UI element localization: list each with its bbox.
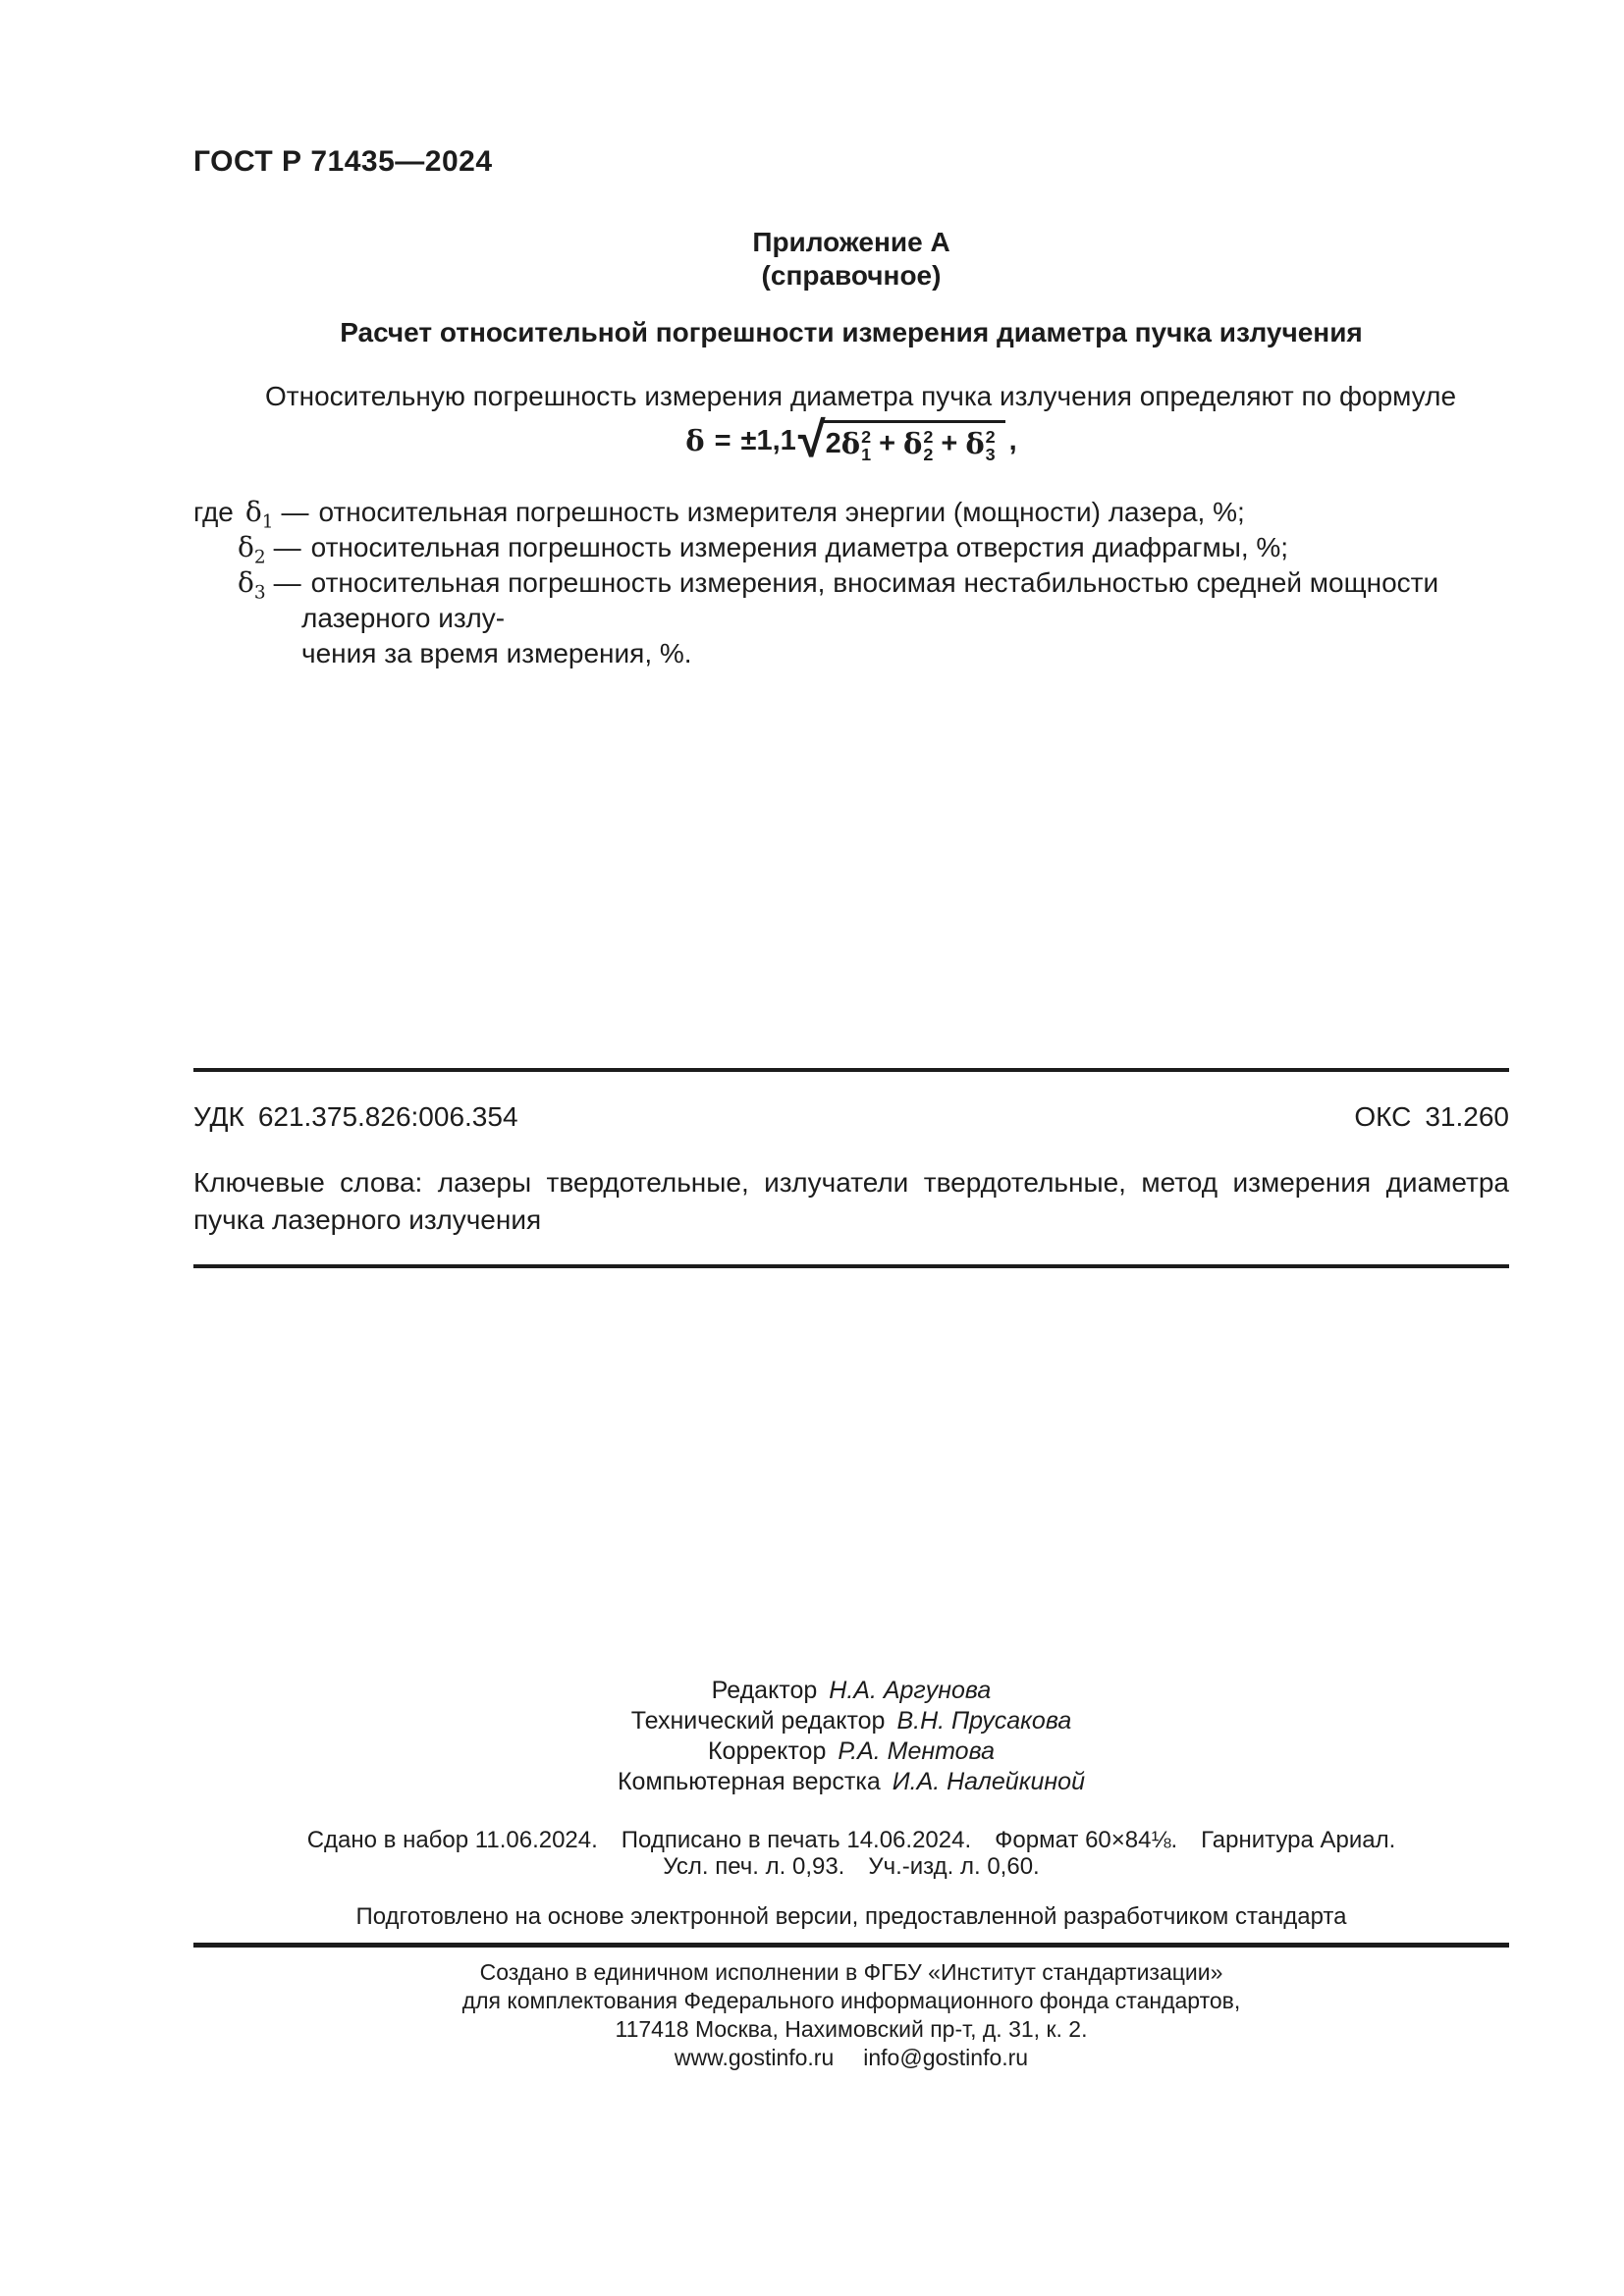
credit-name: Н.А. Аргунова — [829, 1677, 991, 1704]
website-text: www.gostinfo.ru — [675, 2044, 834, 2072]
delta-symbol: δ — [903, 427, 922, 460]
keywords-paragraph: Ключевые слова: лазеры твердотельные, из… — [193, 1164, 1509, 1239]
appendix-heading: Приложение А (справочное) — [193, 226, 1509, 293]
document-page: ГОСТ Р 71435—2024 Приложение А (справочн… — [0, 0, 1624, 2296]
email-text: info@gostinfo.ru — [863, 2044, 1028, 2072]
udk-value: 621.375.826:006.354 — [258, 1101, 518, 1132]
formula-coef: ±1,1 — [741, 425, 796, 457]
classification-codes: УДК621.375.826:006.354 ОКС31.260 — [193, 1101, 1509, 1133]
plus-operator: + — [879, 428, 895, 460]
definition-row: гдеδ1—относительная погрешность измерите… — [193, 495, 1509, 530]
footer-line: 117418 Москва, Нахимовский пр-т, д. 31, … — [193, 2015, 1509, 2044]
credit-row: Технический редакторВ.Н. Прусакова — [193, 1706, 1509, 1736]
delta-symbol: δ1 — [245, 496, 274, 528]
definition-text: относительная погрешность измерения, вно… — [301, 567, 1438, 633]
equals-sign: = — [715, 425, 731, 457]
horizontal-rule — [193, 1264, 1509, 1268]
em-dash: — — [274, 532, 301, 562]
supsub: 23 — [986, 428, 996, 464]
superscript: 2 — [923, 428, 933, 446]
formula-inner: δ = ±1,1 √ 2δ21 +δ22 +δ23 , — [685, 420, 1016, 462]
udk-label: УДК — [193, 1101, 244, 1132]
delta-symbol: δ2 — [238, 531, 266, 563]
appendix-label: Приложение А — [193, 226, 1509, 259]
keywords-line: Ключевые слова: лазеры твердотельные, из… — [193, 1164, 1509, 1201]
em-dash: — — [282, 497, 309, 527]
imprint-part: Сдано в набор 11.06.2024. — [307, 1827, 598, 1854]
credit-role: Компьютерная верстка — [618, 1768, 881, 1795]
credit-name: И.А. Налейкиной — [893, 1768, 1085, 1795]
appendix-kind: (справочное) — [193, 259, 1509, 293]
square-root: √ 2δ21 +δ22 +δ23 — [798, 420, 1005, 462]
oks-code: ОКС31.260 — [1354, 1101, 1509, 1133]
formula-lhs: δ — [685, 424, 704, 457]
credit-row: КорректорР.А. Ментова — [193, 1736, 1509, 1767]
imprint-part: Усл. печ. л. 0,93. — [663, 1853, 844, 1881]
credit-name: Р.А. Ментова — [838, 1737, 995, 1765]
supsub: 21 — [861, 428, 871, 464]
subscript: 3 — [986, 446, 996, 463]
em-dash: — — [274, 567, 301, 598]
supsub: 22 — [923, 428, 933, 464]
where-word: где — [193, 497, 234, 527]
imprint-part: Формат 60×84⅛. — [995, 1827, 1177, 1854]
subscript: 1 — [861, 446, 871, 463]
imprint-line: Усл. печ. л. 0,93. Уч.-изд. л. 0,60. — [193, 1853, 1509, 1881]
intro-paragraph: Относительную погрешность измерения диам… — [193, 381, 1509, 412]
radicand: 2δ21 +δ22 +δ23 — [822, 420, 1005, 462]
definition-row: δ2—относительная погрешность измерения д… — [193, 530, 1509, 565]
doc-code: ГОСТ Р 71435—2024 — [193, 145, 1509, 179]
definition-text-continuation: чения за время измерения, %. — [301, 638, 692, 668]
imprint-part: Уч.-изд. л. 0,60. — [868, 1853, 1039, 1881]
footer-contacts: www.gostinfo.ru info@gostinfo.ru — [193, 2044, 1509, 2072]
credit-row: Компьютерная версткаИ.А. Налейкиной — [193, 1767, 1509, 1797]
delta-symbol: δ — [965, 427, 984, 460]
delta-symbol: δ — [841, 427, 860, 460]
definition-text: относительная погрешность измерителя эне… — [319, 497, 1245, 527]
footer-line: Создано в единичном исполнении в ФГБУ «И… — [193, 1958, 1509, 1987]
imprint-part: Гарнитура Ариал. — [1201, 1827, 1395, 1854]
definition-text: относительная погрешность измерения диам… — [311, 532, 1288, 562]
superscript: 2 — [861, 428, 871, 446]
prepared-note: Подготовлено на основе электронной верси… — [193, 1903, 1509, 1931]
definitions-list: гдеδ1—относительная погрешность измерите… — [193, 495, 1509, 671]
horizontal-rule — [193, 1943, 1509, 1948]
horizontal-rule — [193, 1068, 1509, 1072]
formula: δ = ±1,1 √ 2δ21 +δ22 +δ23 , — [193, 420, 1509, 462]
publisher-footer: Создано в единичном исполнении в ФГБУ «И… — [193, 1958, 1509, 2072]
credits-block: РедакторН.А. Аргунова Технический редакт… — [193, 1676, 1509, 1797]
udk-code: УДК621.375.826:006.354 — [193, 1101, 518, 1133]
imprint-part: Подписано в печать 14.06.2024. — [622, 1827, 971, 1854]
plus-operator: + — [941, 428, 957, 460]
footer-line: для комплектования Федерального информац… — [193, 1987, 1509, 2015]
credit-name: В.Н. Прусакова — [896, 1707, 1071, 1735]
superscript: 2 — [986, 428, 996, 446]
credit-role: Корректор — [708, 1737, 826, 1765]
term-coef: 2 — [826, 428, 841, 460]
appendix-title: Расчет относительной погрешности измерен… — [193, 317, 1509, 348]
subscript: 2 — [923, 446, 933, 463]
formula-comma: , — [1009, 425, 1017, 457]
credit-role: Технический редактор — [631, 1707, 886, 1735]
oks-value: 31.260 — [1425, 1101, 1509, 1132]
delta-symbol: δ3 — [238, 566, 266, 599]
keywords-line: пучка лазерного излучения — [193, 1201, 1509, 1239]
oks-label: ОКС — [1354, 1101, 1411, 1132]
credit-role: Редактор — [712, 1677, 818, 1704]
definition-row: δ3—относительная погрешность измерения, … — [193, 565, 1509, 671]
credit-row: РедакторН.А. Аргунова — [193, 1676, 1509, 1706]
imprint-line: Сдано в набор 11.06.2024. Подписано в пе… — [193, 1827, 1509, 1854]
